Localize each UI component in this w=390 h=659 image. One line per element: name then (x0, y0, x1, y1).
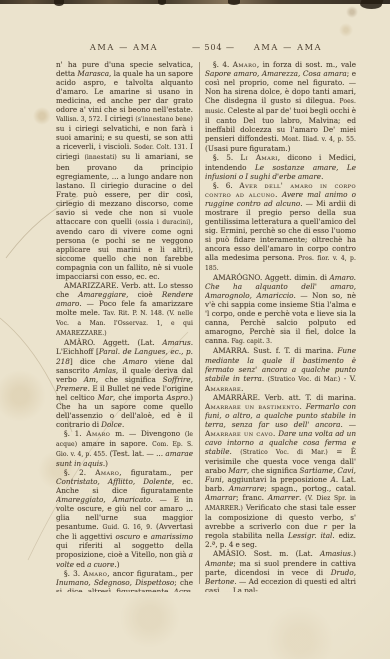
page-number: — 504 — (192, 42, 220, 52)
paragraph: §. 6. Aver dell' amaro in corpo contro a… (205, 181, 356, 273)
scan-speck (158, 0, 166, 5)
paragraph: AMÀSIO. Sost. m. (Lat. Amasius.) Amante;… (205, 549, 356, 592)
column-divider (199, 62, 200, 584)
paragraph: AMÀRO. Aggett. (Lat. Amarus. L'Eichhoff … (56, 338, 193, 428)
page-header: AMA — AMA — 504 — AMA — AMA (56, 42, 356, 54)
column-right: §. 4. Amaro, in forza di sost. m., vale … (205, 60, 356, 592)
paragraph: §. 5. Li Amari, dicono i Medici, intende… (205, 153, 356, 180)
paragraph: AMARRÀRE. Verb. att. T. di marina. Amarr… (205, 393, 356, 550)
paragraph: AMARÓGNO. Aggett. dimin. di Amaro. Che h… (205, 273, 356, 346)
scan-corner-mark (359, 0, 384, 9)
paragraph: §. 4. Amaro, in forza di sost. m., vale … (205, 60, 356, 153)
running-head-right: AMA — AMA (220, 42, 356, 52)
paragraph: §. 2. Amaro, figuratam., per Contristato… (56, 468, 193, 569)
paragraph: §. 3. Amaro, ancor figuratam., per Inuma… (56, 569, 193, 592)
column-left: n' ha pure d'una specie selvatica, detta… (56, 60, 193, 592)
paragraph: n' ha pure d'una specie selvatica, detta… (56, 60, 193, 281)
running-head-left: AMA — AMA (56, 42, 192, 52)
text-body: n' ha pure d'una specie selvatica, detta… (56, 60, 356, 592)
paragraph: AMARIZZARE. Verb. att. Lo stesso che Ama… (56, 281, 193, 338)
scan-speck (54, 0, 64, 6)
paragraph: AMARRA. Sust. f. T. di marina. Fune medi… (205, 346, 356, 392)
scan-speck (228, 0, 240, 5)
scanned-book-page: { "page": { "header": { "left": "AMA — A… (0, 0, 390, 659)
paragraph: §. 1. Amaro m. — Divengono (le acque) am… (56, 429, 193, 468)
